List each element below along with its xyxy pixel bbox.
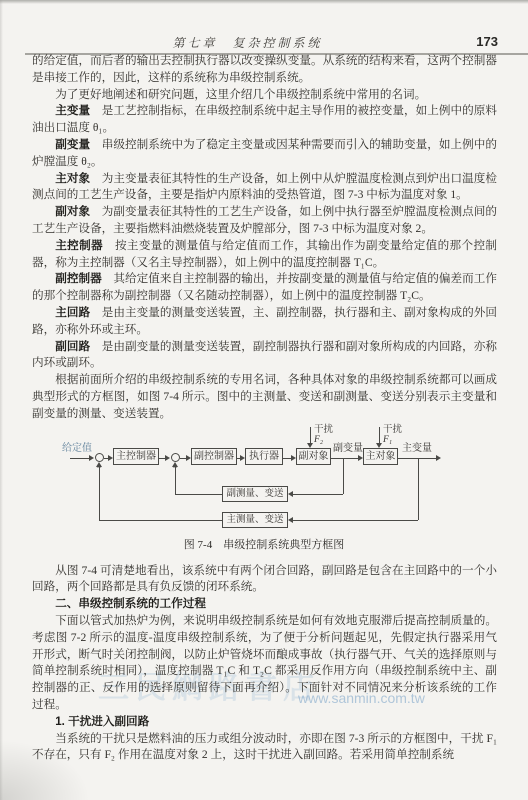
paragraph: 的给定值，而后者的输出去控制执行器以改变操纵变量。从系统的结构来看，这两个控制器…	[32, 53, 497, 87]
sub-measure-box: 副测量、变送	[222, 486, 288, 502]
arrowhead	[89, 455, 94, 461]
connector-line	[70, 458, 89, 459]
paragraph: 副变量 串级控制系统中为了稳定主变量或因某种需要而引入的辅助变量，如上例中的炉膛…	[32, 137, 497, 171]
term-label: 副回路	[55, 340, 90, 353]
disturbance-f1-label: 干扰F₁	[383, 425, 402, 446]
sub-heading: 1. 干扰进入副回路	[32, 714, 497, 731]
paragraph: 主对象 为主变量表征其特性的生产设备，如上例中从炉膛温度检测点到炉出口温度检测点…	[32, 171, 497, 205]
term-label: 主回路	[55, 306, 90, 319]
arrowhead	[376, 443, 382, 448]
paragraph: 根据前面所介绍的串级控制系统的专用名词，各种具体对象的串级控制系统都可以画成典型…	[32, 372, 497, 422]
connector-line	[331, 458, 358, 459]
book-page: 第七章 复杂控制系统 173 三民網路書店 www.sanmin.com.tw …	[0, 0, 528, 800]
feedback-line	[293, 494, 343, 495]
feedback-line	[343, 458, 344, 494]
sub-variable-label: 副变量	[333, 441, 363, 458]
body-text: 的给定值，而后者的输出去控制执行器以改变操纵变量。从系统的结构来看，这两个控制器…	[32, 53, 497, 764]
feedback-line	[418, 458, 419, 520]
connector-line	[398, 458, 436, 459]
paragraph: 主变量 是工艺控制指标，在串级控制系统中起主导作用的被控变量，如上例中的原料油出…	[32, 103, 497, 137]
figure-caption: 图 7-4 串级控制系统典型方框图	[0, 537, 528, 554]
chapter-title: 第七章 复杂控制系统	[25, 34, 470, 51]
arrowhead	[172, 462, 178, 467]
main-plant-box: 主对象	[363, 448, 398, 465]
term-label: 主控制器	[55, 239, 103, 252]
arrowhead	[165, 455, 170, 461]
term-label: 副对象	[55, 205, 90, 218]
sub-plant-box: 副对象	[296, 448, 331, 465]
disturbance-f1-line	[379, 427, 380, 443]
paragraph: 副对象 为副变量表征其特性的工艺生产设备，如上例中执行器至炉膛温度检测点间的工艺…	[32, 204, 497, 238]
paragraph: 主控制器 按主变量的测量值与给定值而工作，其输出作为副变量给定值的那个控制器，称…	[32, 238, 497, 272]
term-label: 主对象	[55, 172, 90, 185]
arrowhead	[436, 455, 441, 461]
arrowhead	[288, 517, 293, 523]
paragraph: 副控制器 其给定值来自主控制器的输出，并按副变量的测量值与给定值的偏差而工作的那…	[32, 271, 497, 305]
main-variable-label: 主变量	[402, 441, 432, 458]
page-number: 173	[476, 34, 498, 49]
arrowhead	[288, 491, 293, 497]
feedback-line	[99, 467, 100, 520]
paragraph: 为了更好地阐述和研究问题，这里介绍几个串级控制系统中常用的名词。	[32, 87, 497, 104]
main-measure-box: 主测量、变送	[222, 512, 288, 528]
disturbance-f2-label: 干扰F₂	[314, 425, 333, 446]
feedback-line	[175, 467, 176, 494]
term-label: 主变量	[55, 104, 90, 117]
page-left-edge	[0, 0, 3, 800]
arrowhead	[307, 443, 313, 448]
paragraph: 当系统的干扰只是燃料油的压力或组分波动时，亦即在图 7-3 所示的方框图中，干扰…	[32, 731, 497, 765]
actuator-box: 执行器	[245, 448, 283, 465]
figure-7-4: 给定值 − 主控制器 − 副控制器 执行器 副对	[0, 425, 528, 557]
feedback-line	[175, 494, 222, 495]
page-header: 第七章 复杂控制系统 173	[25, 34, 528, 52]
arrowhead	[96, 462, 102, 467]
feedback-line	[293, 520, 418, 521]
paragraph: 从图 7-4 可清楚地看出，该系统中有两个闭合回路，副回路是包含在主回路中的一个…	[32, 563, 497, 597]
paragraph: 副回路 是由副变量的测量变送装置，副控制器执行器和副对象所构成的内回路，亦称内环…	[32, 339, 497, 373]
term-label: 副控制器	[55, 272, 102, 285]
setpoint-label: 给定值	[62, 441, 92, 458]
section-heading: 二、串级控制系统的工作过程	[32, 596, 497, 613]
paragraph: 主回路 是由主变量的测量变送装置，主、副控制器，执行器和主、副对象构成的外回路，…	[32, 305, 497, 339]
main-controller-box: 主控制器	[113, 448, 159, 465]
sub-controller-box: 副控制器	[191, 448, 237, 465]
page-top-edge	[0, 0, 528, 4]
term-label: 副变量	[55, 138, 90, 151]
disturbance-f2-line	[310, 427, 311, 443]
paragraph: 下面以管式加热炉为例，来说明串级控制系统是如何有效地克服滞后提高控制质量的。考虑…	[32, 613, 497, 714]
feedback-line	[99, 520, 222, 521]
